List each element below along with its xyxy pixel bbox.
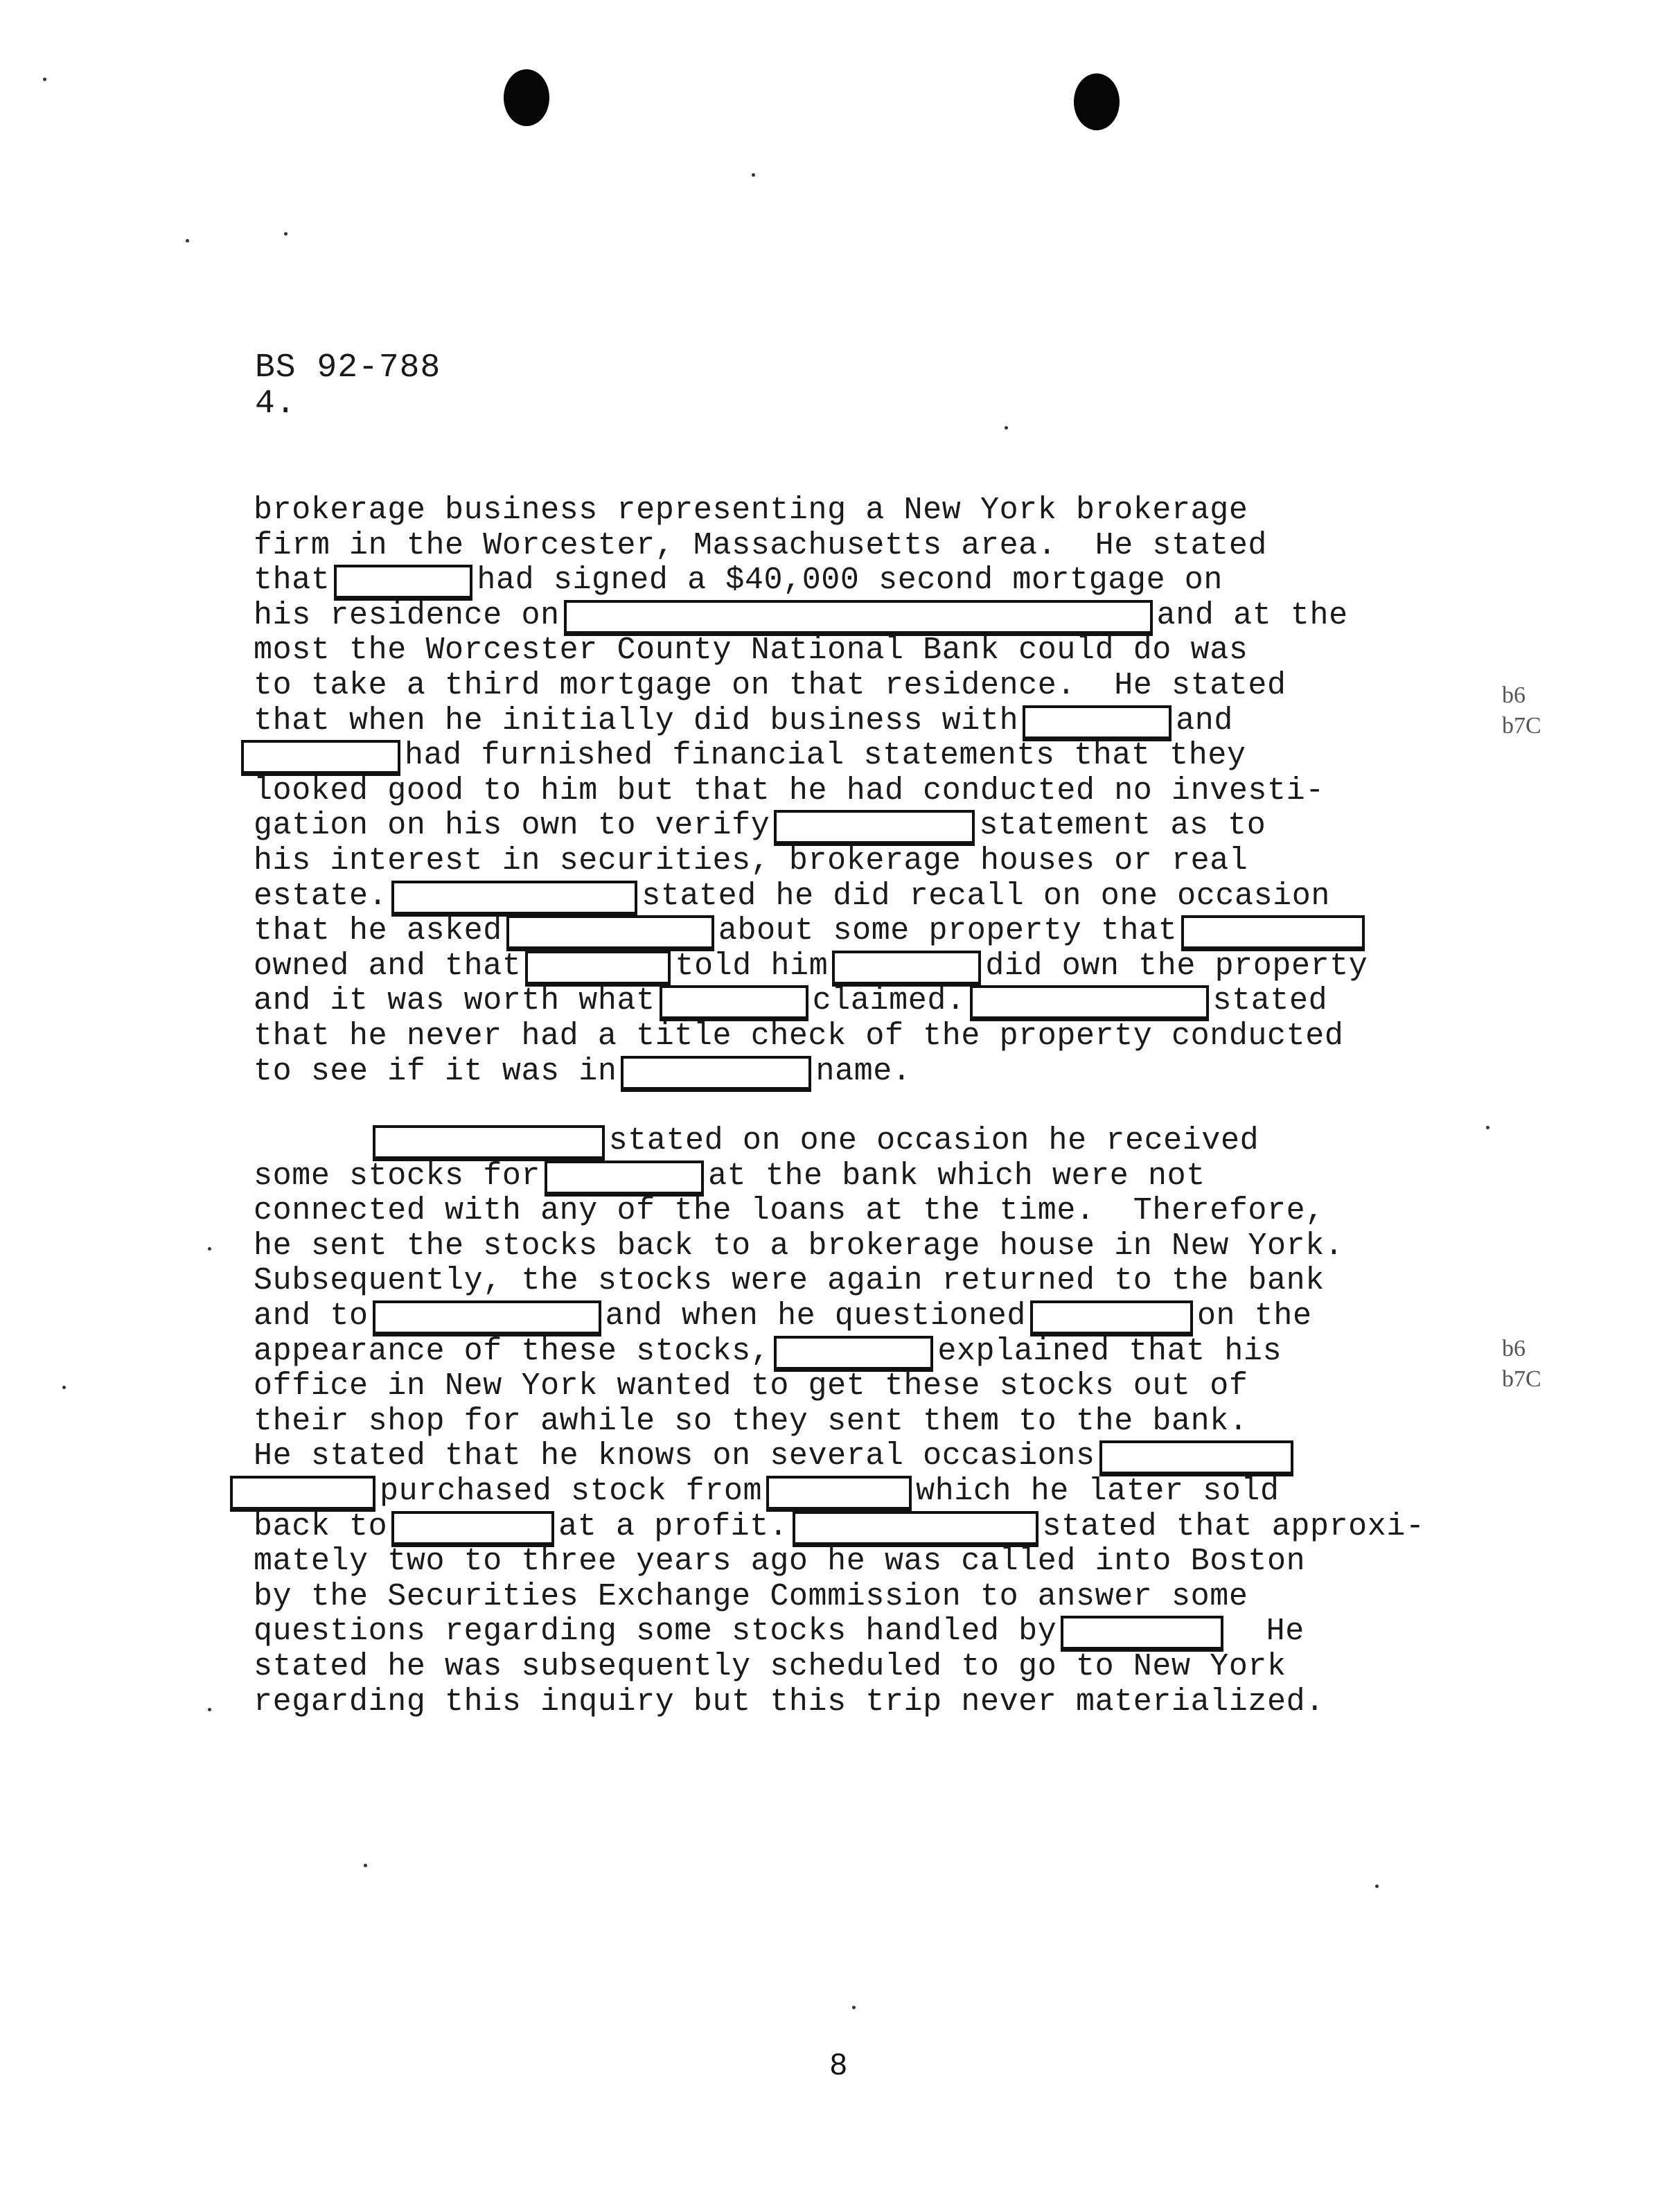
text-line: had furnished financial statements that … — [237, 739, 1246, 773]
text-segment: that — [254, 563, 330, 598]
text-line: firm in the Worcester, Massachusetts are… — [254, 529, 1267, 563]
exemption-b6: b6 — [1502, 1334, 1541, 1364]
text-segment: name. — [815, 1055, 911, 1089]
text-segment: questions regarding some stocks handled … — [254, 1614, 1056, 1649]
redaction-box — [241, 740, 400, 776]
text-segment: gation on his own to verify — [254, 809, 770, 843]
text-segment: that he never had a title check of the p… — [254, 1019, 1343, 1054]
text-line: that when he initially did business with… — [254, 704, 1233, 739]
text-segment: did own the property — [985, 949, 1368, 984]
text-segment: He stated that he knows on several occas… — [254, 1439, 1095, 1474]
text-line: most the Worcester County National Bank … — [254, 633, 1248, 668]
text-segment: owned and that — [254, 949, 521, 984]
margin-note-exemptions-2: b6 b7C — [1502, 1334, 1541, 1395]
text-line: gation on his own to verifystatement as … — [254, 809, 1266, 843]
redaction-box — [1023, 705, 1171, 741]
text-line: and toand when he questionedon the — [254, 1299, 1312, 1334]
text-line: he sent the stocks back to a brokerage h… — [254, 1229, 1343, 1264]
text-line: thathad signed a $40,000 second mortgage… — [254, 563, 1223, 598]
text-segment: mately two to three years ago he was cal… — [254, 1544, 1305, 1579]
text-segment: stated on one occasion he received — [609, 1124, 1259, 1158]
redaction-box — [1181, 915, 1365, 951]
text-segment: and at the — [1157, 599, 1348, 633]
text-segment: back to — [254, 1510, 387, 1544]
text-line: connected with any of the loans at the t… — [254, 1194, 1325, 1228]
redaction-box — [373, 1125, 605, 1161]
margin-note-exemptions-1: b6 b7C — [1502, 680, 1541, 741]
text-segment: stated he was subsequently scheduled to … — [254, 1650, 1286, 1684]
redaction-box — [506, 915, 714, 951]
text-segment: to see if it was in — [254, 1055, 617, 1089]
text-segment: about some property that — [718, 914, 1178, 948]
redaction-box — [391, 881, 637, 917]
text-segment: on the — [1197, 1299, 1312, 1334]
text-line: that he askedabout some property that — [254, 914, 1369, 948]
redaction-box — [391, 1511, 554, 1547]
text-line: mately two to three years ago he was cal… — [254, 1544, 1305, 1579]
redaction-box — [1099, 1440, 1293, 1476]
text-line: stated on one occasion he received — [254, 1124, 1259, 1158]
redaction-box — [621, 1056, 811, 1092]
text-segment: at the bank which were not — [708, 1159, 1205, 1194]
text-line: some stocks forat the bank which were no… — [254, 1159, 1205, 1194]
text-segment: purchased stock from — [380, 1474, 762, 1509]
text-line: questions regarding some stocks handled … — [254, 1614, 1305, 1649]
text-segment: he sent the stocks back to a brokerage h… — [254, 1229, 1343, 1264]
page-number: 8 — [830, 2047, 847, 2082]
redaction-box — [1030, 1300, 1193, 1336]
text-segment: stated that approxi- — [1043, 1510, 1425, 1544]
text-segment: He — [1228, 1614, 1304, 1649]
text-segment: which he later sold — [916, 1474, 1279, 1509]
text-line: office in New York wanted to get these s… — [254, 1369, 1248, 1404]
text-segment: had signed a $40,000 second mortgage on — [477, 563, 1223, 598]
text-line: and it was worth whatclaimed.stated — [254, 984, 1327, 1018]
page-item-number: 4. — [255, 386, 297, 422]
punch-hole-left — [504, 69, 549, 126]
text-segment: their shop for awhile so they sent them … — [254, 1404, 1248, 1439]
text-segment: his residence on — [254, 599, 560, 633]
text-segment: and when he questioned — [605, 1299, 1026, 1334]
text-segment: by the Securities Exchange Commission to… — [254, 1580, 1248, 1614]
text-segment: that when he initially did business with — [254, 704, 1018, 739]
text-segment: firm in the Worcester, Massachusetts are… — [254, 529, 1267, 563]
text-line: Subsequently, the stocks were again retu… — [254, 1264, 1325, 1298]
document-page: BS 92-788 4. brokerage business represen… — [0, 0, 1680, 2197]
text-segment: and it was worth what — [254, 984, 655, 1018]
exemption-b7c: b7C — [1502, 711, 1541, 741]
text-line: to take a third mortgage on that residen… — [254, 669, 1286, 703]
text-line: brokerage business representing a New Yo… — [254, 493, 1248, 528]
text-segment: at a profit. — [558, 1510, 788, 1544]
redaction-box — [230, 1476, 375, 1512]
text-segment: stated — [1213, 984, 1328, 1018]
redaction-box — [334, 565, 472, 601]
text-segment: had furnished financial statements that … — [405, 739, 1246, 773]
text-line: his residence onand at the — [254, 599, 1348, 633]
text-line: appearance of these stocks,explained tha… — [254, 1334, 1282, 1369]
text-segment: most the Worcester County National Bank … — [254, 633, 1248, 668]
text-line: estate.stated he did recall on one occas… — [254, 879, 1330, 914]
redaction-box — [832, 951, 981, 987]
text-segment: to take a third mortgage on that residen… — [254, 669, 1286, 703]
redaction-box — [793, 1511, 1038, 1547]
text-segment: told him — [675, 949, 828, 984]
text-segment: explained that his — [937, 1334, 1282, 1369]
text-segment: connected with any of the loans at the t… — [254, 1194, 1325, 1228]
redaction-box — [564, 600, 1153, 636]
text-segment: looked good to him but that he had condu… — [254, 774, 1325, 809]
text-line: that he never had a title check of the p… — [254, 1019, 1343, 1054]
redaction-box — [970, 985, 1209, 1021]
text-segment: and — [1176, 704, 1233, 739]
redaction-box — [660, 985, 808, 1021]
exemption-b7c: b7C — [1502, 1364, 1541, 1395]
redaction-box — [545, 1161, 704, 1197]
redaction-box — [525, 951, 671, 987]
exemption-b6: b6 — [1502, 680, 1541, 711]
punch-hole-right — [1074, 73, 1120, 130]
text-segment: his interest in securities, brokerage ho… — [254, 844, 1248, 879]
redaction-box — [373, 1300, 601, 1336]
text-segment: estate. — [254, 879, 387, 914]
text-segment: office in New York wanted to get these s… — [254, 1369, 1248, 1404]
text-line: purchased stock fromwhich he later sold — [226, 1474, 1280, 1509]
text-segment: that he asked — [254, 914, 502, 948]
text-segment: some stocks for — [254, 1159, 540, 1194]
file-number: BS 92-788 — [255, 350, 441, 386]
text-segment: regarding this inquiry but this trip nev… — [254, 1685, 1325, 1720]
text-line: stated he was subsequently scheduled to … — [254, 1650, 1286, 1684]
text-line: owned and thattold himdid own the proper… — [254, 949, 1368, 984]
redaction-box — [774, 1336, 933, 1372]
text-segment: stated he did recall on one occasion — [642, 879, 1330, 914]
text-line: by the Securities Exchange Commission to… — [254, 1580, 1248, 1614]
redaction-box — [766, 1476, 912, 1512]
text-line: their shop for awhile so they sent them … — [254, 1404, 1248, 1439]
text-segment: brokerage business representing a New Yo… — [254, 493, 1248, 528]
text-line: He stated that he knows on several occas… — [254, 1439, 1298, 1474]
text-line: back toat a profit.stated that approxi- — [254, 1510, 1425, 1544]
text-line: to see if it was inname. — [254, 1055, 912, 1089]
text-line: regarding this inquiry but this trip nev… — [254, 1685, 1325, 1720]
redaction-box — [774, 810, 975, 846]
redaction-box — [1061, 1616, 1223, 1652]
text-segment: statement as to — [979, 809, 1266, 843]
text-segment: Subsequently, the stocks were again retu… — [254, 1264, 1325, 1298]
text-segment — [254, 1124, 369, 1158]
text-line: his interest in securities, brokerage ho… — [254, 844, 1248, 879]
text-line: looked good to him but that he had condu… — [254, 774, 1325, 809]
text-segment: appearance of these stocks, — [254, 1334, 770, 1369]
text-segment: and to — [254, 1299, 369, 1334]
text-segment: claimed. — [813, 984, 966, 1018]
